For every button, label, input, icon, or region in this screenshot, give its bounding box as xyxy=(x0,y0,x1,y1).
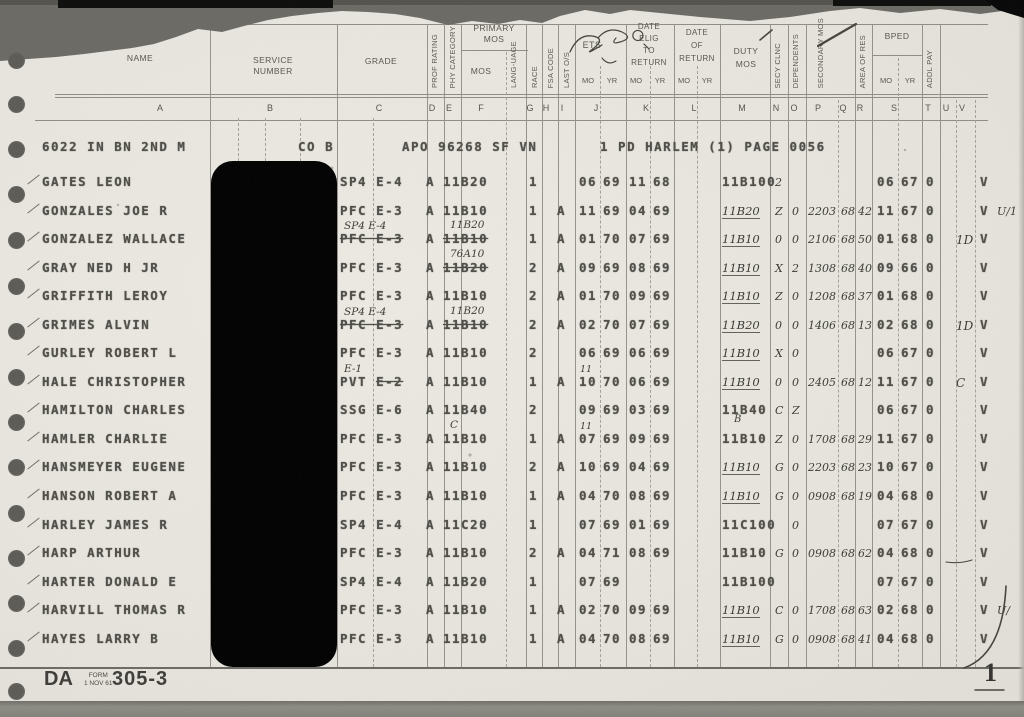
grade-value: PFC E-3 xyxy=(340,288,403,303)
v-mark-cell: V xyxy=(980,402,989,417)
v-mark-cell: V xyxy=(980,459,989,474)
secy-clnc-cell: C xyxy=(775,604,783,617)
ets-year-cell: 70 xyxy=(603,602,621,617)
area-of-res-cell: 29 xyxy=(858,433,872,446)
addl-pay-cell: 0 xyxy=(926,459,935,474)
race-cell: 1 xyxy=(529,431,538,446)
col-letter: I xyxy=(561,103,564,113)
area-of-res-cell: 62 xyxy=(858,547,872,560)
form-footer: DA FORM1 NOV 61 305-3 1 xyxy=(0,664,1024,704)
name-cell: GATES LEON xyxy=(42,174,132,189)
bped-year-cell: 67 xyxy=(901,374,919,389)
elig-return-month-cell: 09 xyxy=(629,602,647,617)
dependents-cell: 0 xyxy=(792,205,799,218)
mo-label: MO xyxy=(582,76,594,85)
addl-pay-cell: 0 xyxy=(926,574,935,589)
secondary-mos-cell: 0908 xyxy=(808,490,836,503)
grade-struck-value: PFC E-3 xyxy=(340,317,403,332)
ets-month-cell: 04 xyxy=(579,488,597,503)
duty-mos-typed: 11B100 xyxy=(722,174,776,189)
grade-cell: PFC E-3 xyxy=(340,488,403,503)
secondary-mos-year-cell: 68 xyxy=(841,604,855,617)
duty-mos-cell: 11B10 xyxy=(722,631,760,646)
bped-year-cell: 67 xyxy=(901,459,919,474)
primary-mos-cell: 11B20 xyxy=(443,260,488,275)
secondary-mos-year-cell: 68 xyxy=(841,461,855,474)
name-cell: HARLEY JAMES R xyxy=(42,517,168,532)
bped-year-cell: 68 xyxy=(901,288,919,303)
secondary-mos-year-cell: 68 xyxy=(841,490,855,503)
elig-return-year-cell: 69 xyxy=(653,402,671,417)
secy-clnc-cell: 0 xyxy=(775,233,782,246)
col-letter: U xyxy=(943,103,950,113)
yr-label: YR xyxy=(905,76,915,85)
bped-year-cell: 68 xyxy=(901,602,919,617)
phy-category-cell: A xyxy=(426,174,435,189)
grade-value: SP4 E-4 xyxy=(340,174,403,189)
col-header-addl-pay: ADDL PAY xyxy=(925,50,934,88)
v-mark-cell: V xyxy=(980,203,989,218)
punch-hole xyxy=(8,640,25,657)
dependents-cell: 0 xyxy=(792,461,799,474)
mos-value: 11B10 xyxy=(443,602,488,617)
col-letter: N xyxy=(773,103,780,113)
secondary-mos-year-cell: 68 xyxy=(841,290,855,303)
grade-cell: SP4 E-4 xyxy=(340,174,403,189)
duty-mos-typed: 11B10 xyxy=(722,431,767,446)
fsa-code-cell: A xyxy=(557,374,566,389)
grade-cell: PFC E-3 xyxy=(340,545,403,560)
secondary-mos-cell: 2203 xyxy=(808,205,836,218)
duty-mos-cell: 11B20 xyxy=(722,203,760,218)
elig-return-year-cell: 69 xyxy=(653,517,671,532)
unit-designation: 6022 IN BN 2ND M xyxy=(42,139,186,154)
col-letter: G xyxy=(526,103,533,113)
bped-month-cell: 10 xyxy=(877,459,895,474)
duty-mos-typed: 11B40 xyxy=(722,402,767,417)
grade-cell: PFC E-3 xyxy=(340,288,403,303)
col-header-mos: MOS xyxy=(471,66,492,76)
bped-year-cell: 66 xyxy=(901,260,919,275)
grade-cell: PFC E-3 xyxy=(340,231,403,246)
dependents-cell: Z xyxy=(792,404,800,417)
race-cell: 2 xyxy=(529,459,538,474)
col-header-area-of-res: AREA OF RES xyxy=(858,35,867,88)
phy-category-cell: A xyxy=(426,488,435,503)
mos-value: 11B10 xyxy=(443,545,488,560)
secondary-mos-year-cell: 68 xyxy=(841,319,855,332)
ets-year-cell: 69 xyxy=(603,402,621,417)
grade-value: PFC E-3 xyxy=(340,545,403,560)
punch-hole xyxy=(8,52,25,69)
ets-year-cell: 70 xyxy=(603,231,621,246)
mos-value: 11B10 xyxy=(443,374,488,389)
table-row: GURLEY ROBERT L PFC E-3 A 11B10 2 06 69 … xyxy=(0,338,1024,367)
punch-hole xyxy=(8,505,25,522)
grade-cell: PVT E-2 xyxy=(340,374,403,389)
grade-cell: PFC E-3 xyxy=(340,431,403,446)
area-of-res-cell: 13 xyxy=(858,319,872,332)
table-row: GATES LEON SP4 E-4 A 11B20 1 06 69 11 68… xyxy=(0,167,1024,196)
v-mark-cell: V xyxy=(980,431,989,446)
duty-mos-cell: 11B10 xyxy=(722,288,760,303)
pen-slash-mark xyxy=(27,631,39,641)
bped-month-cell: 11 xyxy=(877,203,895,218)
bped-month-cell: 07 xyxy=(877,574,895,589)
area-of-res-cell: 37 xyxy=(858,290,872,303)
addl-pay-cell: 0 xyxy=(926,602,935,617)
name-cell: HAYES LARRY B xyxy=(42,631,159,646)
ets-year-cell: 69 xyxy=(603,574,621,589)
ets-year-cell: 69 xyxy=(603,345,621,360)
punch-hole xyxy=(8,96,25,113)
name-cell: HARTER DONALD E xyxy=(42,574,177,589)
ets-month-cell: 09 xyxy=(579,402,597,417)
elig-return-month-cell: 01 xyxy=(629,517,647,532)
ets-handwritten: 11 xyxy=(580,364,592,375)
grade-cell: PFC E-3 xyxy=(340,317,403,332)
fsa-code-cell: A xyxy=(557,488,566,503)
secy-clnc-cell: G xyxy=(775,633,784,646)
pen-slash-mark xyxy=(27,546,39,556)
pen-slash-mark xyxy=(27,403,39,413)
addl-pay-cell: 0 xyxy=(926,374,935,389)
phy-category-cell: A xyxy=(426,231,435,246)
addl-pay-cell: 0 xyxy=(926,517,935,532)
grade-value: PFC E-3 xyxy=(340,488,403,503)
form-number: 305-3 xyxy=(112,668,168,691)
col-letter: V xyxy=(959,103,965,113)
duty-mos-handwritten: 11B10 xyxy=(722,489,760,504)
bped-year-cell: 68 xyxy=(901,488,919,503)
area-of-res-cell: 41 xyxy=(858,633,872,646)
fsa-code-cell: A xyxy=(557,203,566,218)
duty-mos-typed: 11B100 xyxy=(722,574,776,589)
phy-category-cell: A xyxy=(426,431,435,446)
grade-value: PFC E-3 xyxy=(340,631,403,646)
dependents-cell: 0 xyxy=(792,604,799,617)
mo-label: MO xyxy=(880,76,892,85)
mos-value: 11C20 xyxy=(443,517,488,532)
mos-value: 11B10 xyxy=(443,288,488,303)
phy-category-cell: A xyxy=(426,574,435,589)
col-header-name: NAME xyxy=(127,53,153,63)
ets-year-cell: 71 xyxy=(603,545,621,560)
addl-pay-cell: 0 xyxy=(926,402,935,417)
elig-return-month-cell: 04 xyxy=(629,203,647,218)
mos-value: 11B10 xyxy=(443,203,488,218)
duty-mos-cell: 11B10 xyxy=(722,345,760,360)
secondary-mos-cell: 1308 xyxy=(808,262,836,275)
ets-year-cell: 69 xyxy=(603,459,621,474)
table-row: HARVILL THOMAS R PFC E-3 A 11B10 1 A 02 … xyxy=(0,595,1024,624)
scanned-personnel-roster: NAME SERVICE NUMBER GRADE PROF RATING PH… xyxy=(0,0,1024,717)
punch-hole xyxy=(8,323,25,340)
primary-mos-cell: 11C20 xyxy=(443,517,488,532)
col-letter: M xyxy=(738,103,746,113)
grade-value: SP4 E-4 xyxy=(340,574,403,589)
elig-return-month-cell: 08 xyxy=(629,545,647,560)
mos-value: 11B10 xyxy=(443,431,488,446)
secy-clnc-cell: Z xyxy=(775,290,783,303)
addl-pay-cell: 0 xyxy=(926,431,935,446)
dependents-cell: 0 xyxy=(792,233,799,246)
bped-month-cell: 01 xyxy=(877,231,895,246)
col-header-secy-clnc: SECY CLNC xyxy=(773,43,782,89)
mos-value: 11B20 xyxy=(443,574,488,589)
bped-year-cell: 67 xyxy=(901,574,919,589)
bped-month-cell: 11 xyxy=(877,431,895,446)
name-cell: GONZALES JOE R xyxy=(42,203,168,218)
table-row: HAMILTON CHARLES SSG E-6 A 11B40 2 09 69… xyxy=(0,395,1024,424)
unit-header-row: 6022 IN BN 2ND M CO B APO 96268 SF VN 1 … xyxy=(0,139,1024,167)
addl-pay-cell: 0 xyxy=(926,545,935,560)
duty-mos-handwritten: 11B10 xyxy=(722,603,760,618)
primary-mos-cell: 11B10 xyxy=(443,545,488,560)
ets-month-cell: 06 xyxy=(579,174,597,189)
form-id-da: DA xyxy=(44,668,73,691)
grade-cell: PFC E-3 xyxy=(340,602,403,617)
secy-clnc-cell: C xyxy=(775,404,783,417)
duty-mos-handwritten: 11B20 xyxy=(722,204,760,219)
name-cell: HANSMEYER EUGENE xyxy=(42,459,186,474)
ets-year-cell: 70 xyxy=(603,631,621,646)
dependents-cell: 2 xyxy=(792,262,799,275)
col-letter: S xyxy=(891,103,897,113)
col-header-date-elig-2: ELIG xyxy=(639,34,659,43)
elig-return-month-cell: 06 xyxy=(629,374,647,389)
mos-handwritten: C xyxy=(450,419,458,431)
punch-hole xyxy=(8,459,25,476)
area-of-res-cell: 12 xyxy=(858,376,872,389)
phy-category-cell: A xyxy=(426,631,435,646)
personnel-rows: GATES LEON SP4 E-4 A 11B20 1 06 69 11 68… xyxy=(0,167,1024,652)
pen-slash-mark xyxy=(27,517,39,527)
mos-struck-value: 11B20 xyxy=(443,260,488,275)
secy-clnc-cell: 2 xyxy=(775,176,782,189)
ets-year-cell: 70 xyxy=(603,317,621,332)
punch-hole xyxy=(8,550,25,567)
grade-value: PFC E-3 xyxy=(340,431,403,446)
duty-mos-cell: 11B10 xyxy=(722,374,760,389)
duty-mos-cell: 11B100 xyxy=(722,174,776,189)
grade-value: SSG E-6 xyxy=(340,402,403,417)
company: CO B xyxy=(298,139,334,154)
name-cell: GRIFFITH LEROY xyxy=(42,288,168,303)
bped-month-cell: 02 xyxy=(877,317,895,332)
ets-year-cell: 70 xyxy=(603,374,621,389)
ets-handwritten: 11 xyxy=(580,421,592,432)
table-row: GRIMES ALVIN PFC E-3 SP4 E-4 A 11B10 11B… xyxy=(0,310,1024,339)
primary-mos-cell: 11B10 xyxy=(443,431,488,446)
secy-clnc-cell: G xyxy=(775,547,784,560)
grade-value: SP4 E-4 xyxy=(340,517,403,532)
margin-note-pre: C xyxy=(956,376,965,390)
grade-handwritten: SP4 E-4 xyxy=(344,220,386,232)
mos-handwritten: 76A10 xyxy=(450,248,484,260)
elig-return-month-cell: 04 xyxy=(629,459,647,474)
bped-month-cell: 06 xyxy=(877,174,895,189)
form-date: 1 NOV 61 xyxy=(84,680,113,687)
margin-note-post: U/1 xyxy=(997,205,1017,218)
elig-return-month-cell: 03 xyxy=(629,402,647,417)
col-letter: E xyxy=(446,103,452,113)
phy-category-cell: A xyxy=(426,374,435,389)
primary-mos-cell: 11B10 xyxy=(443,459,488,474)
ets-month-cell: 01 xyxy=(579,231,597,246)
col-letter: F xyxy=(478,103,484,113)
race-cell: 1 xyxy=(529,602,538,617)
col-header-race: RACE xyxy=(530,66,539,88)
primary-mos-cell: 11B10 xyxy=(443,631,488,646)
race-cell: 1 xyxy=(529,231,538,246)
ets-year-cell: 69 xyxy=(603,431,621,446)
race-cell: 1 xyxy=(529,203,538,218)
col-letter: B xyxy=(267,103,273,113)
bped-month-cell: 09 xyxy=(877,260,895,275)
elig-return-year-cell: 69 xyxy=(653,602,671,617)
name-cell: GONZALEZ WALLACE xyxy=(42,231,186,246)
race-cell: 2 xyxy=(529,545,538,560)
ets-year-cell: 70 xyxy=(603,488,621,503)
secondary-mos-cell: 1208 xyxy=(808,290,836,303)
bped-month-cell: 02 xyxy=(877,602,895,617)
bped-month-cell: 06 xyxy=(877,402,895,417)
redaction-box xyxy=(211,161,337,667)
name-cell: HAMILTON CHARLES xyxy=(42,402,186,417)
ets-month-cell: 07 xyxy=(579,574,597,589)
dependents-cell: 0 xyxy=(792,433,799,446)
name-cell: HANSON ROBERT A xyxy=(42,488,177,503)
ets-month-cell: 07 xyxy=(579,431,597,446)
mo-label: MO xyxy=(678,76,690,85)
phy-category-cell: A xyxy=(426,545,435,560)
race-cell: 2 xyxy=(529,317,538,332)
bped-year-cell: 68 xyxy=(901,631,919,646)
bped-month-cell: 11 xyxy=(877,374,895,389)
fsa-code-cell: A xyxy=(557,602,566,617)
dependents-cell: 0 xyxy=(792,319,799,332)
v-mark-cell: V xyxy=(980,260,989,275)
race-cell: 1 xyxy=(529,574,538,589)
phy-category-cell: A xyxy=(426,260,435,275)
grade-value: PVT xyxy=(340,374,376,389)
duty-mos-cell: 11C100 xyxy=(722,517,776,532)
ets-year-cell: 70 xyxy=(603,288,621,303)
elig-return-year-cell: 69 xyxy=(653,288,671,303)
duty-mos-handwritten: 11B10 xyxy=(722,375,760,390)
table-row: GRAY NED H JR PFC E-3 A 11B20 76A10 2 A … xyxy=(0,253,1024,282)
margin-note-pre: 1D xyxy=(956,233,973,247)
ets-month-cell: 04 xyxy=(579,545,597,560)
mos-value: 11B10 xyxy=(443,488,488,503)
elig-return-year-cell: 69 xyxy=(653,631,671,646)
secondary-mos-cell: 1708 xyxy=(808,604,836,617)
col-header-phy-category: PHY CATEGORY xyxy=(448,26,457,88)
table-row: HAYES LARRY B PFC E-3 A 11B10 1 A 04 70 … xyxy=(0,624,1024,653)
pen-slash-mark xyxy=(27,431,39,441)
mos-value: 11B40 xyxy=(443,402,488,417)
bped-month-cell: 06 xyxy=(877,345,895,360)
col-letter: K xyxy=(643,103,649,113)
v-mark-cell: V xyxy=(980,545,989,560)
grade-cell: SP4 E-4 xyxy=(340,517,403,532)
secondary-mos-cell: 2405 xyxy=(808,376,836,389)
form-word: FORM xyxy=(89,672,108,679)
col-letter: P xyxy=(815,103,821,113)
grade-cell: PFC E-3 xyxy=(340,260,403,275)
addl-pay-cell: 0 xyxy=(926,203,935,218)
duty-mos-handwritten: 11B20 xyxy=(722,318,760,333)
grade-value: PFC E-3 xyxy=(340,459,403,474)
grade-cell: PFC E-3 xyxy=(340,459,403,474)
name-cell: GRAY NED H JR xyxy=(42,260,159,275)
phy-category-cell: A xyxy=(426,602,435,617)
secy-clnc-cell: G xyxy=(775,490,784,503)
name-cell: GRIMES ALVIN xyxy=(42,317,150,332)
addl-pay-cell: 0 xyxy=(926,345,935,360)
duty-mos-cell: 11B40 xyxy=(722,402,767,417)
addl-pay-cell: 0 xyxy=(926,288,935,303)
primary-mos-cell: 11B10 xyxy=(443,602,488,617)
mos-struck-value: 11B10 xyxy=(443,317,488,332)
ets-year-cell: 69 xyxy=(603,203,621,218)
punch-hole xyxy=(8,186,25,203)
secy-clnc-cell: Z xyxy=(775,205,783,218)
elig-return-month-cell: 07 xyxy=(629,317,647,332)
ets-month-cell: 01 xyxy=(579,288,597,303)
page-number: 1 xyxy=(984,658,997,688)
bped-month-cell: 04 xyxy=(877,631,895,646)
race-cell: 2 xyxy=(529,402,538,417)
mos-value: 11B10 xyxy=(443,345,488,360)
pen-slash-mark xyxy=(27,289,39,299)
pen-slash-mark xyxy=(27,346,39,356)
pen-slash-mark xyxy=(27,232,39,242)
secondary-mos-year-cell: 68 xyxy=(841,205,855,218)
elig-return-month-cell: 11 xyxy=(629,174,647,189)
duty-mos-cell: 11B10 xyxy=(722,231,760,246)
fsa-code-cell: A xyxy=(557,317,566,332)
form-small-print: FORM1 NOV 61 xyxy=(84,672,113,688)
table-row: HALE CHRISTOPHER PVT E-2 E-1 A 11B10 1 A… xyxy=(0,367,1024,396)
duty-mos-cell: 11B10 xyxy=(722,488,760,503)
bottom-scan-band xyxy=(0,701,1024,717)
addl-pay-cell: 0 xyxy=(926,260,935,275)
table-row: GONZALEZ WALLACE PFC E-3 SP4 E-4 A 11B10… xyxy=(0,224,1024,253)
race-cell: 2 xyxy=(529,288,538,303)
secy-clnc-cell: Z xyxy=(775,433,783,446)
phy-category-cell: A xyxy=(426,517,435,532)
punch-hole xyxy=(8,414,25,431)
race-cell: 1 xyxy=(529,488,538,503)
addl-pay-cell: 0 xyxy=(926,231,935,246)
ets-month-cell: 07 xyxy=(579,517,597,532)
name-cell: HARP ARTHUR xyxy=(42,545,141,560)
elig-return-month-cell: 09 xyxy=(629,431,647,446)
secondary-mos-cell: 2106 xyxy=(808,233,836,246)
name-cell: HARVILL THOMAS R xyxy=(42,602,186,617)
v-mark-cell: V xyxy=(980,374,989,389)
col-header-date-elig-4: RETURN xyxy=(631,58,667,67)
margin-note-pre: 1D xyxy=(956,319,973,333)
primary-mos-cell: 11B10 xyxy=(443,288,488,303)
ets-month-cell: 09 xyxy=(579,260,597,275)
dependents-cell: 0 xyxy=(792,490,799,503)
v-mark-cell: V xyxy=(980,488,989,503)
area-of-res-cell: 42 xyxy=(858,205,872,218)
elig-return-month-cell: 08 xyxy=(629,631,647,646)
